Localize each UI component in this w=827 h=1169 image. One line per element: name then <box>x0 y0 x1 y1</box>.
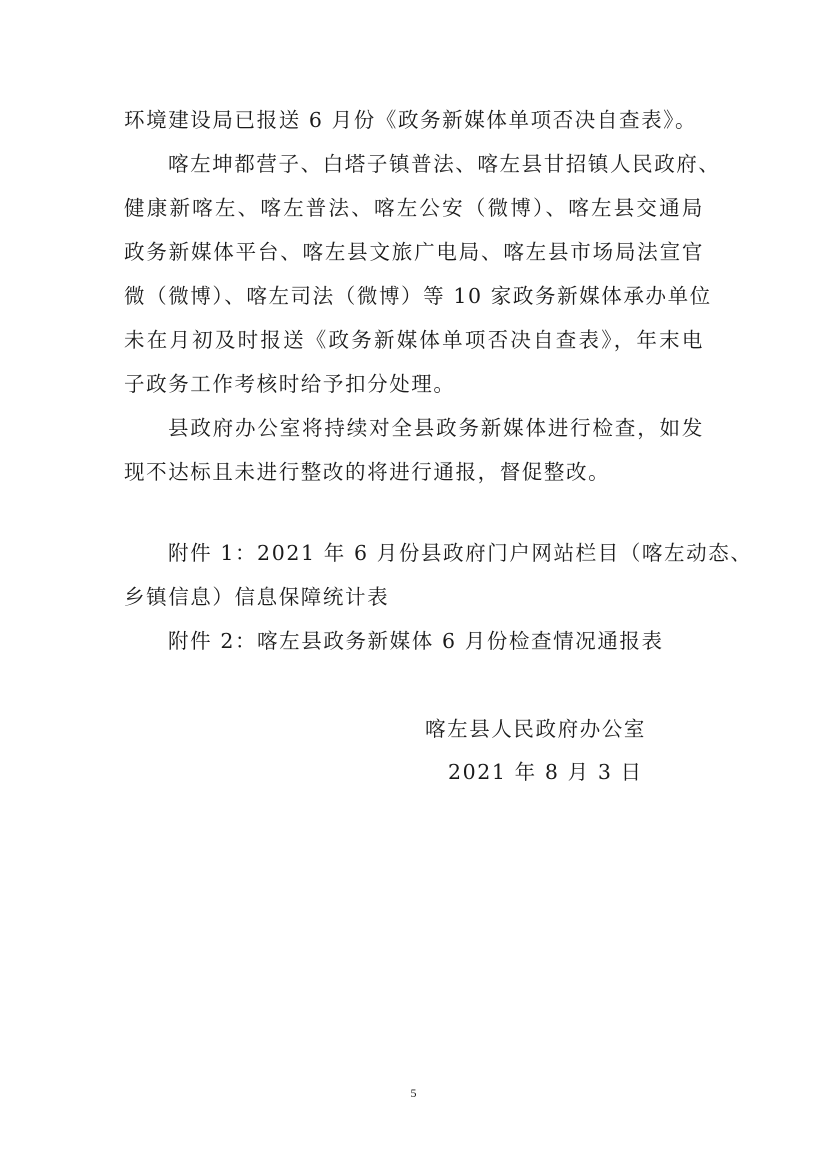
attachment-1-line: 乡镇信息）信息保障统计表 <box>124 582 704 612</box>
attachment-2-line: 附件 2：喀左县政务新媒体 6 月份检查情况通报表 <box>168 626 704 656</box>
attachment-1-line: 附件 1：2021 年 6 月份县政府门户网站栏目（喀左动态、 <box>168 538 704 568</box>
paragraph-line: 喀左坤都营子、白塔子镇普法、喀左县甘招镇人民政府、 <box>168 149 704 179</box>
paragraph-line: 现不达标且未进行整改的将进行通报，督促整改。 <box>124 457 704 487</box>
paragraph-line: 微（微博）、喀左司法（微博）等 10 家政务新媒体承办单位 <box>124 281 704 311</box>
paragraph-line: 子政务工作考核时给予扣分处理。 <box>124 369 704 399</box>
paragraph-line: 政务新媒体平台、喀左县文旅广电局、喀左县市场局法宣官 <box>124 237 704 267</box>
signature-date: 2021 年 8 月 3 日 <box>448 757 643 787</box>
signature-organization: 喀左县人民政府办公室 <box>425 714 646 744</box>
paragraph-line: 未在月初及时报送《政务新媒体单项否决自查表》，年末电 <box>124 325 704 355</box>
paragraph-line: 县政府办公室将持续对全县政务新媒体进行检查，如发 <box>168 413 704 443</box>
document-page: 环境建设局已报送 6 月份《政务新媒体单项否决自查表》。 喀左坤都营子、白塔子镇… <box>0 0 827 1169</box>
paragraph-line: 健康新喀左、喀左普法、喀左公安（微博）、喀左县交通局 <box>124 193 704 223</box>
page-number: 5 <box>0 1085 827 1101</box>
paragraph-continuation-line: 环境建设局已报送 6 月份《政务新媒体单项否决自查表》。 <box>124 105 704 135</box>
